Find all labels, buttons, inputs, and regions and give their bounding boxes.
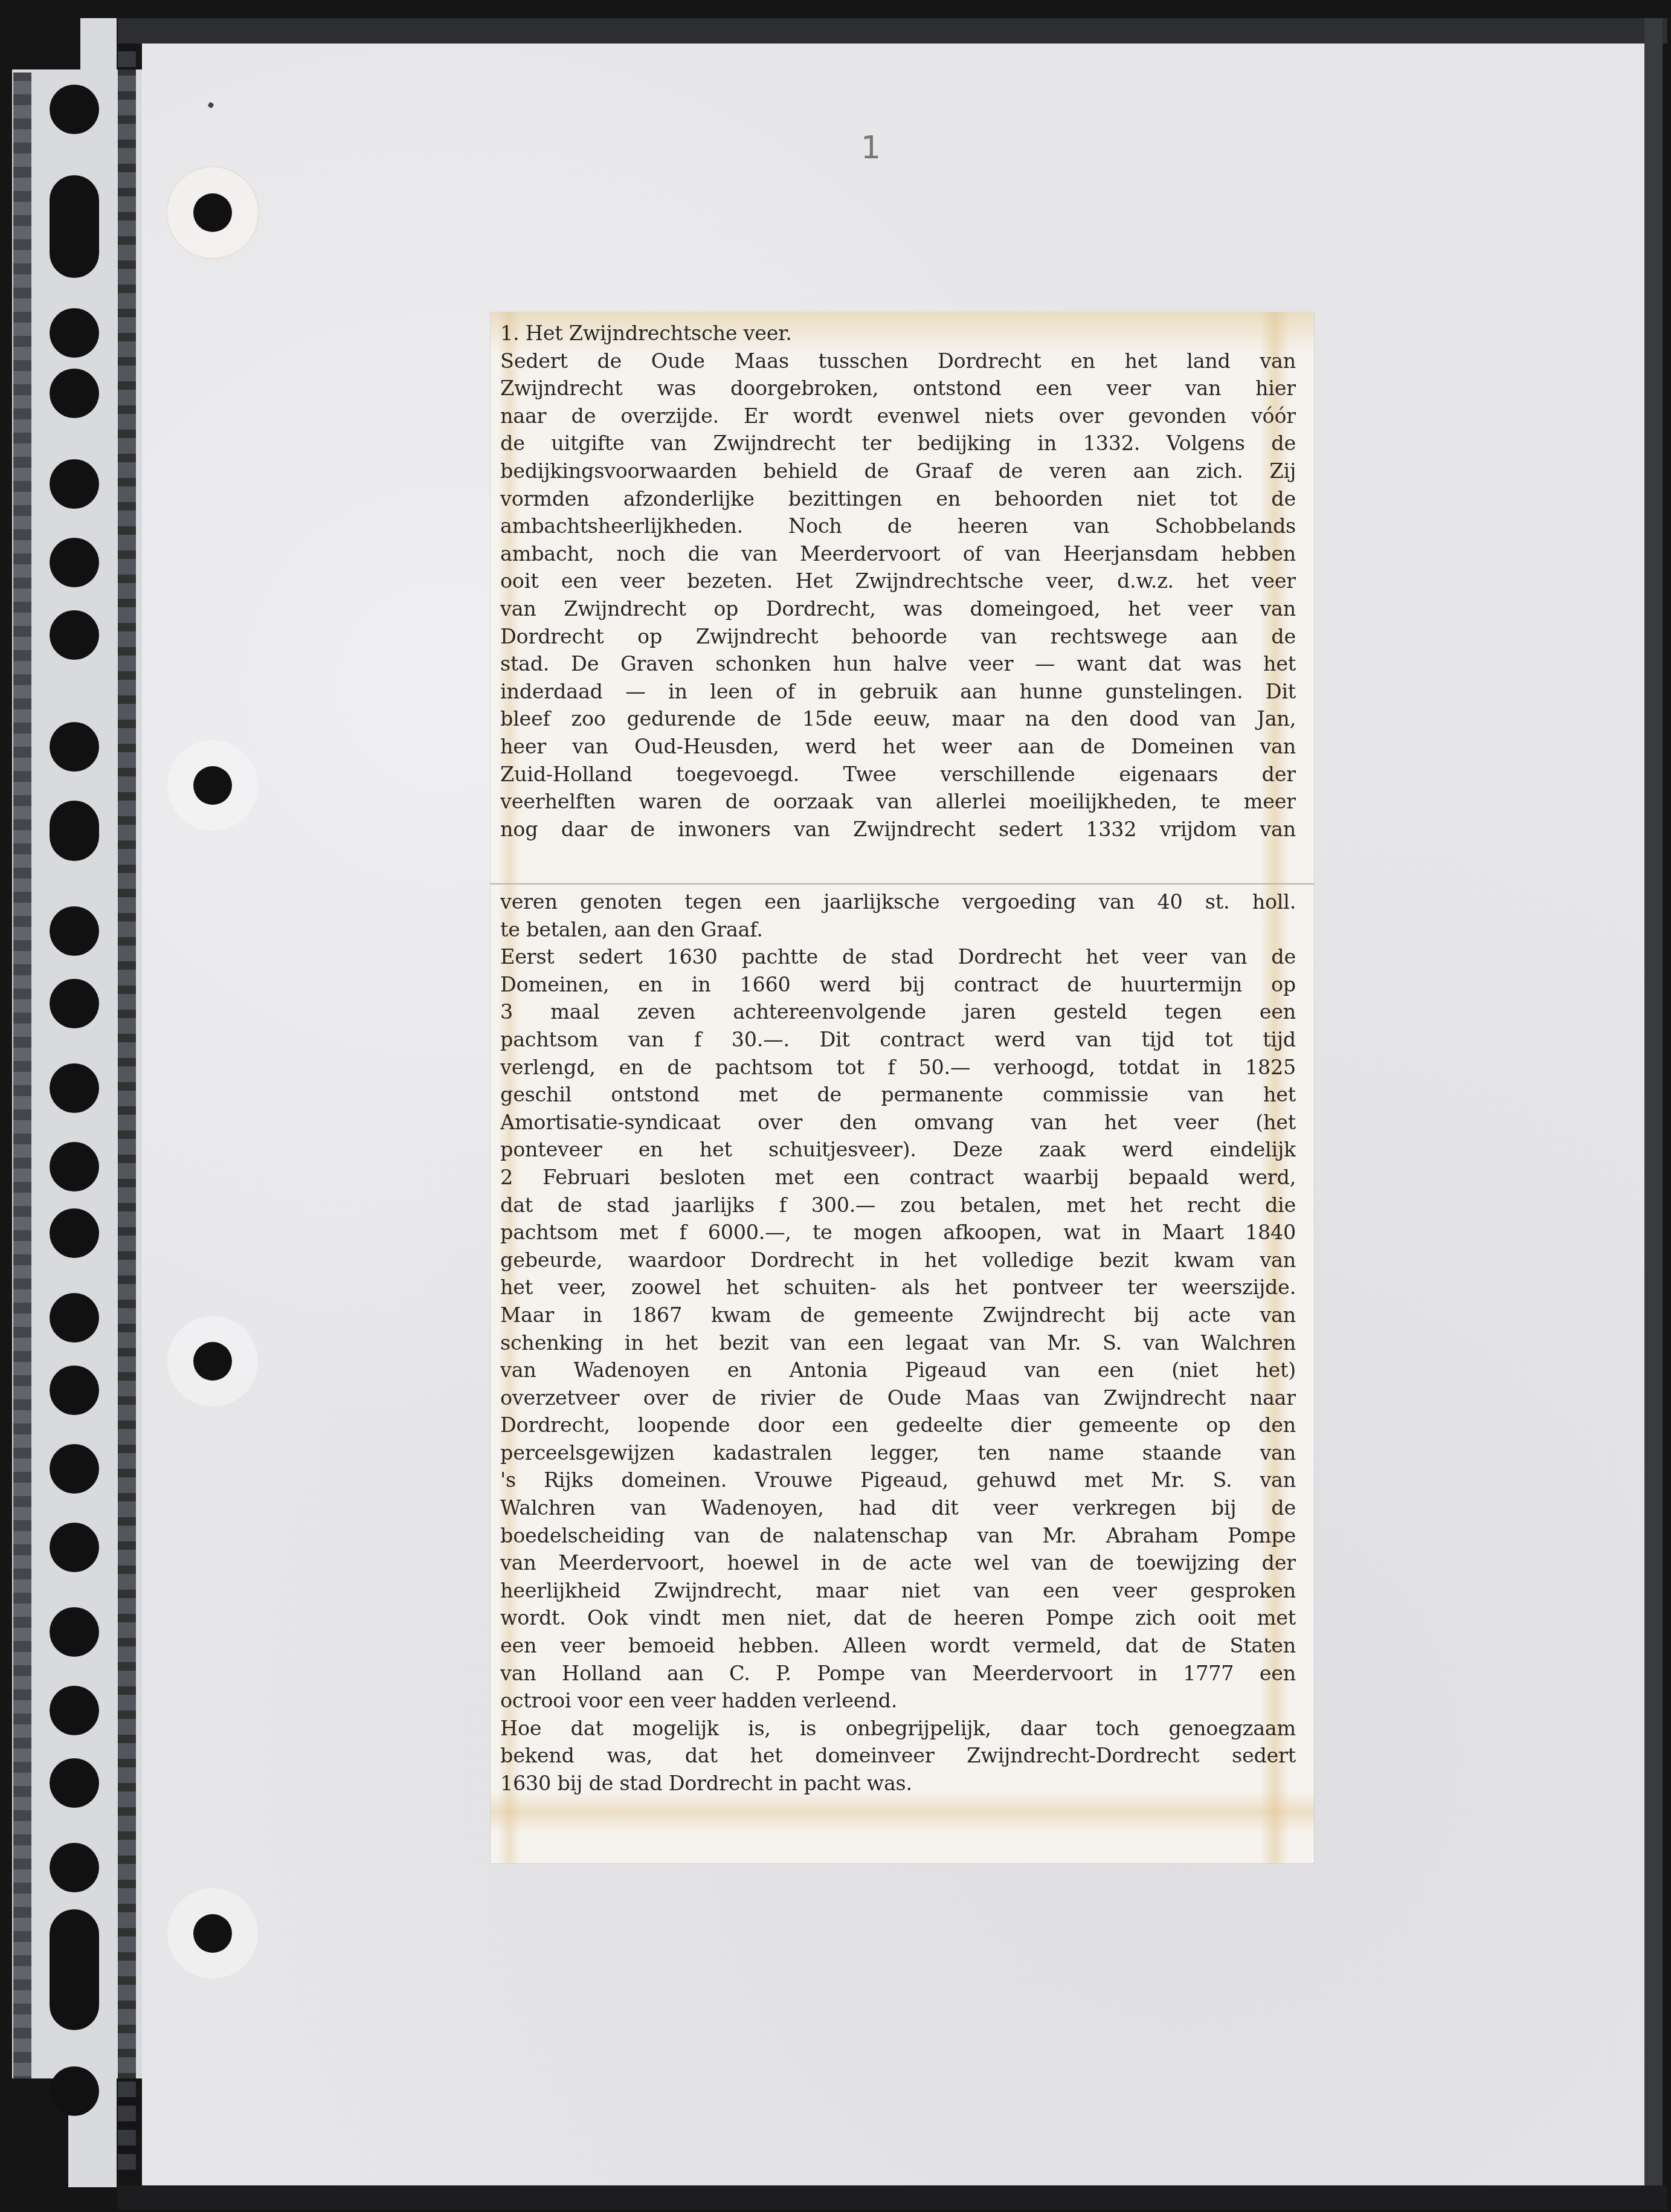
text-line: naar de overzijde. Er wordt evenwel niet…: [500, 402, 1296, 430]
newspaper-clipping-part-a: 1. Het Zwijndrechtsche veer. Sedert de O…: [491, 312, 1314, 883]
punch-hole-icon: [193, 766, 232, 805]
binder-hole-icon: [50, 538, 99, 587]
binder-hole-icon: [50, 1142, 99, 1191]
binder-hole-icon: [50, 175, 99, 278]
text-line: pachtsom van f 30.—. Dit contract werd v…: [500, 1026, 1296, 1054]
clipping-text: veren genoten tegen een jaarlijksche ver…: [500, 888, 1296, 1798]
binder-hole-icon: [50, 610, 99, 660]
binder-hole-icon: [50, 722, 99, 772]
page-number: 1: [861, 130, 881, 166]
binder-hole-icon: [50, 369, 99, 418]
binder-hole-icon: [50, 1444, 99, 1494]
binder-hole-icon: [50, 979, 99, 1028]
binder-hole-icon: [50, 459, 99, 509]
newspaper-clipping-part-b: veren genoten tegen een jaarlijksche ver…: [491, 883, 1314, 1863]
text-line: Hoe dat mogelijk is, is onbegrijpelijk, …: [500, 1715, 1296, 1743]
sleeve-welded-edge-left: [13, 73, 31, 2078]
article-heading: 1. Het Zwijndrechtsche veer.: [500, 320, 1296, 347]
text-line: 1630 bij de stad Dordrecht in pacht was.: [500, 1770, 1296, 1798]
sleeve-welded-edge-right: [118, 21, 136, 2178]
text-line: Domeinen, en in 1660 werd bij contract d…: [500, 971, 1296, 999]
text-line: vormden afzonderlijke bezittingen en beh…: [500, 485, 1296, 513]
binder-hole-icon: [50, 1208, 99, 1258]
binder-hole-icon: [50, 1686, 99, 1735]
text-line: stad. De Graven schonken hun halve veer …: [500, 650, 1296, 678]
binder-hole-icon: [50, 1523, 99, 1572]
text-line: 's Rijks domeinen. Vrouwe Pigeaud, gehuw…: [500, 1466, 1296, 1494]
sleeve-border-bottom: [118, 2185, 1667, 2210]
text-line: veerhelften waren de oorzaak van allerle…: [500, 788, 1296, 816]
text-line: pachtsom met f 6000.—, te mogen afkoopen…: [500, 1219, 1296, 1246]
binder-hole-icon: [50, 1366, 99, 1415]
text-line: ponteveer en het schuitjesveer). Deze za…: [500, 1136, 1296, 1164]
text-line: van Meerdervoort, hoewel in de acte wel …: [500, 1549, 1296, 1577]
text-line: heer van Oud-Heusden, werd het weer aan …: [500, 733, 1296, 761]
text-line: inderdaad — in leen of in gebruik aan hu…: [500, 678, 1296, 706]
text-line: wordt. Ook vindt men niet, dat de heeren…: [500, 1604, 1296, 1632]
text-line: bekend was, dat het domeinveer Zwijndrec…: [500, 1742, 1296, 1770]
text-line: 2 Februari besloten met een contract waa…: [500, 1164, 1296, 1191]
binder-hole-icon: [50, 2066, 99, 2116]
text-line: gebeurde, waardoor Dordrecht in het voll…: [500, 1246, 1296, 1274]
text-line: ambacht, noch die van Meerdervoort of va…: [500, 540, 1296, 568]
text-line: van Wadenoyen en Antonia Pigeaud van een…: [500, 1356, 1296, 1384]
text-line: veren genoten tegen een jaarlijksche ver…: [500, 888, 1296, 916]
text-line: Dordrecht, loopende door een gedeelte di…: [500, 1411, 1296, 1439]
punch-hole-icon: [193, 1342, 232, 1381]
text-line: octrooi voor een veer hadden verleend.: [500, 1687, 1296, 1715]
text-line: Walchren van Wadenoyen, had dit veer ver…: [500, 1494, 1296, 1522]
sleeve-strip-tab-top: [80, 18, 117, 79]
punch-hole-icon: [193, 1914, 232, 1953]
text-line: ambachtsheerlijkheden. Noch de heeren va…: [500, 512, 1296, 540]
text-line: Dordrecht op Zwijndrecht behoorde van re…: [500, 623, 1296, 651]
text-line: verlengd, en de pachtsom tot f 50.— verh…: [500, 1054, 1296, 1082]
text-line: Amortisatie-syndicaat over den omvang va…: [500, 1109, 1296, 1137]
text-line: dat de stad jaarlijks f 300.— zou betale…: [500, 1191, 1296, 1219]
text-line: het veer, zoowel het schuiten- als het p…: [500, 1274, 1296, 1301]
text-line: geschil ontstond met de permanente commi…: [500, 1081, 1296, 1109]
text-line: perceelsgewijzen kadastralen legger, ten…: [500, 1439, 1296, 1467]
binder-hole-icon: [50, 906, 99, 956]
binder-hole-icon: [50, 308, 99, 358]
text-line: een veer bemoeid hebben. Alleen wordt ve…: [500, 1632, 1296, 1660]
binder-hole-icon: [50, 85, 99, 134]
text-line: heerlijkheid Zwijndrecht, maar niet van …: [500, 1577, 1296, 1605]
text-line: Sedert de Oude Maas tusschen Dordrecht e…: [500, 347, 1296, 375]
text-line: overzetveer over de rivier de Oude Maas …: [500, 1384, 1296, 1412]
text-line: Eerst sedert 1630 pachtte de stad Dordre…: [500, 943, 1296, 971]
text-line: bleef zoo gedurende de 15de eeuw, maar n…: [500, 705, 1296, 733]
binder-hole-icon: [50, 1843, 99, 1892]
punch-hole-icon: [193, 193, 232, 232]
text-line: boedelscheiding van de nalatenschap van …: [500, 1522, 1296, 1550]
text-line: nog daar de inwoners van Zwijndrecht sed…: [500, 816, 1296, 843]
sleeve-border-top: [118, 18, 1667, 44]
binder-hole-icon: [50, 1063, 99, 1113]
clipping-text: 1. Het Zwijndrechtsche veer. Sedert de O…: [500, 320, 1296, 843]
text-line: schenking in het bezit van een legaat va…: [500, 1329, 1296, 1357]
text-line: te betalen, aan den Graaf.: [500, 916, 1296, 944]
text-line: Maar in 1867 kwam de gemeente Zwijndrech…: [500, 1301, 1296, 1329]
text-line: Zwijndrecht was doorgebroken, ontstond e…: [500, 375, 1296, 402]
binder-hole-icon: [50, 1293, 99, 1343]
binder-hole-icon: [50, 801, 99, 861]
text-line: Zuid-Holland toegevoegd. Twee verschille…: [500, 761, 1296, 788]
text-line: van Zwijndrecht op Dordrecht, was domein…: [500, 595, 1296, 623]
text-line: de uitgifte van Zwijndrecht ter bedijkin…: [500, 430, 1296, 457]
sleeve-border-right: [1644, 18, 1663, 2193]
text-line: bedijkingsvoorwaarden behield de Graaf d…: [500, 457, 1296, 485]
text-line: van Holland aan C. P. Pompe van Meerderv…: [500, 1660, 1296, 1688]
binder-hole-icon: [50, 1607, 99, 1657]
text-line: ooit een veer bezeten. Het Zwijndrechtsc…: [500, 567, 1296, 595]
binder-hole-icon: [50, 1909, 99, 2030]
text-line: 3 maal zeven achtereenvolgende jaren ges…: [500, 998, 1296, 1026]
binder-hole-icon: [50, 1758, 99, 1808]
